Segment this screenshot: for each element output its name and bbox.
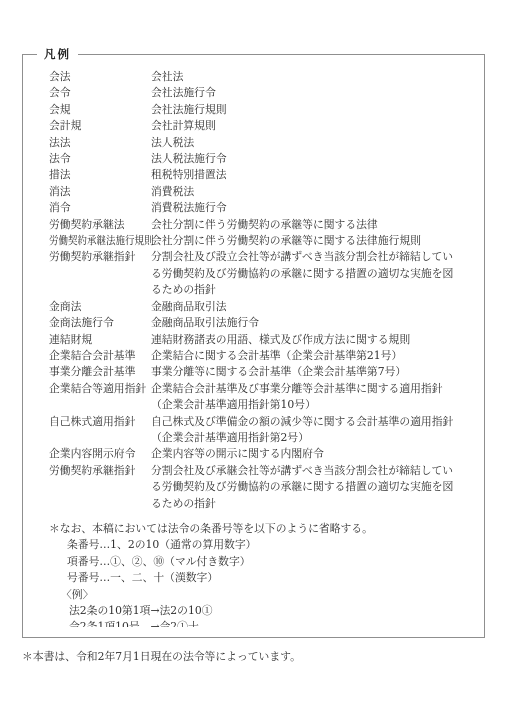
entry-full-name: 連結財務諸表の用語、様式及び作成方法に関する規則 — [151, 332, 472, 348]
entry-full-name: 金融商品取引法施行令 — [151, 315, 472, 331]
legend-entry-row: 会規 会社法施行規則 — [49, 102, 472, 118]
entry-full-name: 分割会社及び設立会社等が講ずべき当該分割会社が締結してい る労働契約及び労働協約… — [151, 249, 472, 298]
entry-abbreviation: 措法 — [49, 167, 151, 183]
entry-full-name: 金融商品取引法 — [151, 299, 472, 315]
legend-entry-row: 自己株式適用指針 自己株式及び準備金の額の減少等に関する会計基準の適用指針 （企… — [49, 414, 472, 447]
legend-entry-row: 企業内容開示府令 企業内容等の開示に関する内閣府令 — [49, 446, 472, 462]
document-page: 凡例 会法 会社法 会令 会社法施行令 会規 会社 — [0, 0, 507, 720]
abbreviation-notes: ＊なお、本稿においては法令の条番号等を以下のように省略する。 条番号…1、2の1… — [49, 521, 472, 627]
entry-abbreviation: 会規 — [49, 102, 151, 118]
entry-full-name: 消費税法 — [151, 184, 472, 200]
entry-abbreviation: 自己株式適用指針 — [49, 414, 151, 430]
legend-entry-row: 金商法施行令 金融商品取引法施行令 — [49, 315, 472, 331]
legend-entry-row: 会令 会社法施行令 — [49, 85, 472, 101]
legend-entry-row: 労働契約承継指針 分割会社及び承継会社等が講ずべき当該分割会社が締結してい る労… — [49, 463, 472, 512]
legend-entry-row: 連結財規 連結財務諸表の用語、様式及び作成方法に関する規則 — [49, 332, 472, 348]
entry-abbreviation: 金商法 — [49, 299, 151, 315]
entry-abbreviation: 会令 — [49, 85, 151, 101]
legend-entry-row: 労働契約承継法施行規則 会社分割に伴う労働契約の承継等に関する法律施行規則 — [49, 233, 472, 249]
entry-abbreviation: 会計規 — [49, 118, 151, 134]
entry-abbreviation: 企業結合等適用指針 — [49, 381, 151, 397]
entry-full-name: 自己株式及び準備金の額の減少等に関する会計基準の適用指針 （企業会計基準適用指針… — [151, 414, 472, 447]
entry-full-name: 会社法施行規則 — [151, 102, 472, 118]
example-item: 法2条の10第1項→法2の10① — [49, 603, 472, 619]
entry-full-name: 租税特別措置法 — [151, 167, 472, 183]
entry-abbreviation: 消法 — [49, 184, 151, 200]
entry-full-name: 企業結合会計基準及び事業分離等会計基準に関する適用指針 （企業会計基準適用指針第… — [151, 381, 472, 414]
entry-full-name: 会社法 — [151, 69, 472, 85]
entry-full-name: 会社分割に伴う労働契約の承継等に関する法律施行規則 — [151, 233, 472, 249]
legend-entry-row: 措法 租税特別措置法 — [49, 167, 472, 183]
entry-full-name: 事業分離等に関する会計基準（企業会計基準第7号） — [151, 364, 472, 380]
legend-entries-list: 会法 会社法 会令 会社法施行令 会規 会社法施行規則 会計規 — [49, 69, 472, 512]
note-item: 項番号…①、②、⑩（マル付き数字） — [49, 554, 472, 570]
legend-entry-row: 労働契約承継法 会社分割に伴う労働契約の承継等に関する法律 — [49, 217, 472, 233]
entry-abbreviation: 消令 — [49, 200, 151, 216]
note-item: 条番号…1、2の10（通常の算用数字） — [49, 537, 472, 553]
legend-box: 凡例 会法 会社法 会令 会社法施行令 会規 会社 — [22, 54, 485, 638]
example-item: 令2条1項10号 →令2①十 — [49, 619, 472, 627]
legend-entry-row: 会計規 会社計算規則 — [49, 118, 472, 134]
entry-full-name: 企業結合に関する会計基準（企業会計基準第21号） — [151, 348, 472, 364]
entry-full-name: 会社法施行令 — [151, 85, 472, 101]
legend-entry-row: 消法 消費税法 — [49, 184, 472, 200]
entry-full-name: 法人税法 — [151, 135, 472, 151]
entry-abbreviation: 法法 — [49, 135, 151, 151]
entry-full-name: 会社計算規則 — [151, 118, 472, 134]
legend-box-title: 凡例 — [37, 46, 78, 63]
entry-abbreviation: 企業結合会計基準 — [49, 348, 151, 364]
example-items-list: 法2条の10第1項→法2の10① 令2条1項10号 →令2①十 — [49, 603, 472, 627]
entry-abbreviation: 企業内容開示府令 — [49, 446, 151, 462]
entry-full-name: 分割会社及び承継会社等が講ずべき当該分割会社が締結してい る労働契約及び労働協約… — [151, 463, 472, 512]
entry-abbreviation: 事業分離会計基準 — [49, 364, 151, 380]
legend-entry-row: 消令 消費税法施行令 — [49, 200, 472, 216]
entry-abbreviation: 法令 — [49, 151, 151, 167]
entry-abbreviation: 労働契約承継指針 — [49, 249, 151, 265]
page-footnote: ＊本書は、令和2年7月1日現在の法令等によっています。 — [22, 649, 301, 665]
legend-entry-row: 企業結合会計基準 企業結合に関する会計基準（企業会計基準第21号） — [49, 348, 472, 364]
example-label: 〈例〉 — [49, 587, 472, 603]
notes-intro: ＊なお、本稿においては法令の条番号等を以下のように省略する。 — [49, 521, 472, 537]
entry-full-name: 法人税法施行令 — [151, 151, 472, 167]
legend-entry-row: 法法 法人税法 — [49, 135, 472, 151]
entry-full-name: 企業内容等の開示に関する内閣府令 — [151, 446, 472, 462]
entry-abbreviation: 労働契約承継指針 — [49, 463, 151, 479]
entry-abbreviation: 会法 — [49, 69, 151, 85]
legend-entry-row: 労働契約承継指針 分割会社及び設立会社等が講ずべき当該分割会社が締結してい る労… — [49, 249, 472, 298]
legend-entry-row: 金商法 金融商品取引法 — [49, 299, 472, 315]
legend-entry-row: 法令 法人税法施行令 — [49, 151, 472, 167]
entry-full-name: 消費税法施行令 — [151, 200, 472, 216]
note-item: 号番号…一、二、十（漢数字） — [49, 570, 472, 586]
entry-full-name: 会社分割に伴う労働契約の承継等に関する法律 — [151, 217, 472, 233]
entry-abbreviation: 労働契約承継法 — [49, 217, 151, 233]
legend-content: 会法 会社法 会令 会社法施行令 会規 会社法施行規則 会計規 — [49, 69, 472, 627]
legend-entry-row: 会法 会社法 — [49, 69, 472, 85]
entry-abbreviation: 金商法施行令 — [49, 315, 151, 331]
legend-entry-row: 企業結合等適用指針 企業結合会計基準及び事業分離等会計基準に関する適用指針 （企… — [49, 381, 472, 414]
entry-abbreviation: 連結財規 — [49, 332, 151, 348]
legend-entry-row: 事業分離会計基準 事業分離等に関する会計基準（企業会計基準第7号） — [49, 364, 472, 380]
notes-items-list: 条番号…1、2の10（通常の算用数字） 項番号…①、②、⑩（マル付き数字） 号番… — [49, 537, 472, 586]
entry-abbreviation: 労働契約承継法施行規則 — [49, 233, 139, 249]
